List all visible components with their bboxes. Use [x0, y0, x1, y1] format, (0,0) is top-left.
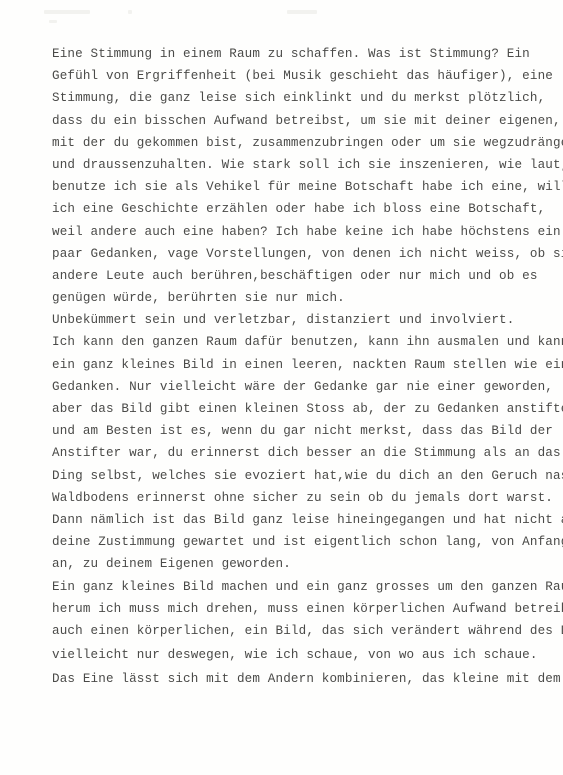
text-line: aber das Bild gibt einen kleinen Stoss a… — [52, 398, 560, 420]
text-line: auch einen körperlichen, ein Bild, das s… — [52, 620, 560, 642]
text-line: weil andere auch eine haben? Ich habe ke… — [52, 221, 560, 243]
text-line: paar Gedanken, vage Vorstellungen, von d… — [52, 243, 560, 265]
text-line: andere Leute auch berühren,beschäftigen … — [52, 265, 560, 287]
text-line: Das Eine lässt sich mit dem Andern kombi… — [52, 668, 560, 690]
text-line: Anstifter war, du erinnerst dich besser … — [52, 442, 560, 464]
text-line: ein ganz kleines Bild in einen leeren, n… — [52, 354, 560, 376]
text-line: Gefühl von Ergriffenheit (bei Musik gesc… — [52, 65, 560, 87]
text-line: genügen würde, berührten sie nur mich. — [52, 287, 560, 309]
faint-header-mark — [287, 10, 317, 14]
text-line: vielleicht nur deswegen, wie ich schaue,… — [52, 644, 560, 666]
text-line: Ein ganz kleines Bild machen und ein gan… — [52, 576, 560, 598]
text-line: Stimmung, die ganz leise sich einklinkt … — [52, 87, 560, 109]
text-line: Dann nämlich ist das Bild ganz leise hin… — [52, 509, 560, 531]
text-line: Ich kann den ganzen Raum dafür benutzen,… — [52, 331, 560, 353]
text-line: Unbekümmert sein und verletzbar, distanz… — [52, 309, 560, 331]
text-line: und am Besten ist es, wenn du gar nicht … — [52, 420, 560, 442]
text-line: herum ich muss mich drehen, muss einen k… — [52, 598, 560, 620]
faint-header-mark — [49, 20, 57, 23]
text-line: Gedanken. Nur vielleicht wäre der Gedank… — [52, 376, 560, 398]
typewritten-page: Eine Stimmung in einem Raum zu schaffen.… — [0, 0, 563, 775]
text-line: Ding selbst, welches sie evoziert hat,wi… — [52, 465, 560, 487]
faint-header-mark — [44, 10, 90, 14]
faint-header-mark — [128, 10, 132, 14]
document-body: Eine Stimmung in einem Raum zu schaffen.… — [52, 43, 560, 690]
text-line: an, zu deinem Eigenen geworden. — [52, 553, 560, 575]
text-line: deine Zustimmung gewartet und ist eigent… — [52, 531, 560, 553]
text-line: Waldbodens erinnerst ohne sicher zu sein… — [52, 487, 560, 509]
text-line: mit der du gekommen bist, zusammenzubrin… — [52, 132, 560, 154]
text-line: dass du ein bisschen Aufwand betreibst, … — [52, 110, 560, 132]
text-line: Eine Stimmung in einem Raum zu schaffen.… — [52, 43, 560, 65]
text-line: benutze ich sie als Vehikel für meine Bo… — [52, 176, 560, 198]
text-line: und draussenzuhalten. Wie stark soll ich… — [52, 154, 560, 176]
text-line: ich eine Geschichte erzählen oder habe i… — [52, 198, 560, 220]
